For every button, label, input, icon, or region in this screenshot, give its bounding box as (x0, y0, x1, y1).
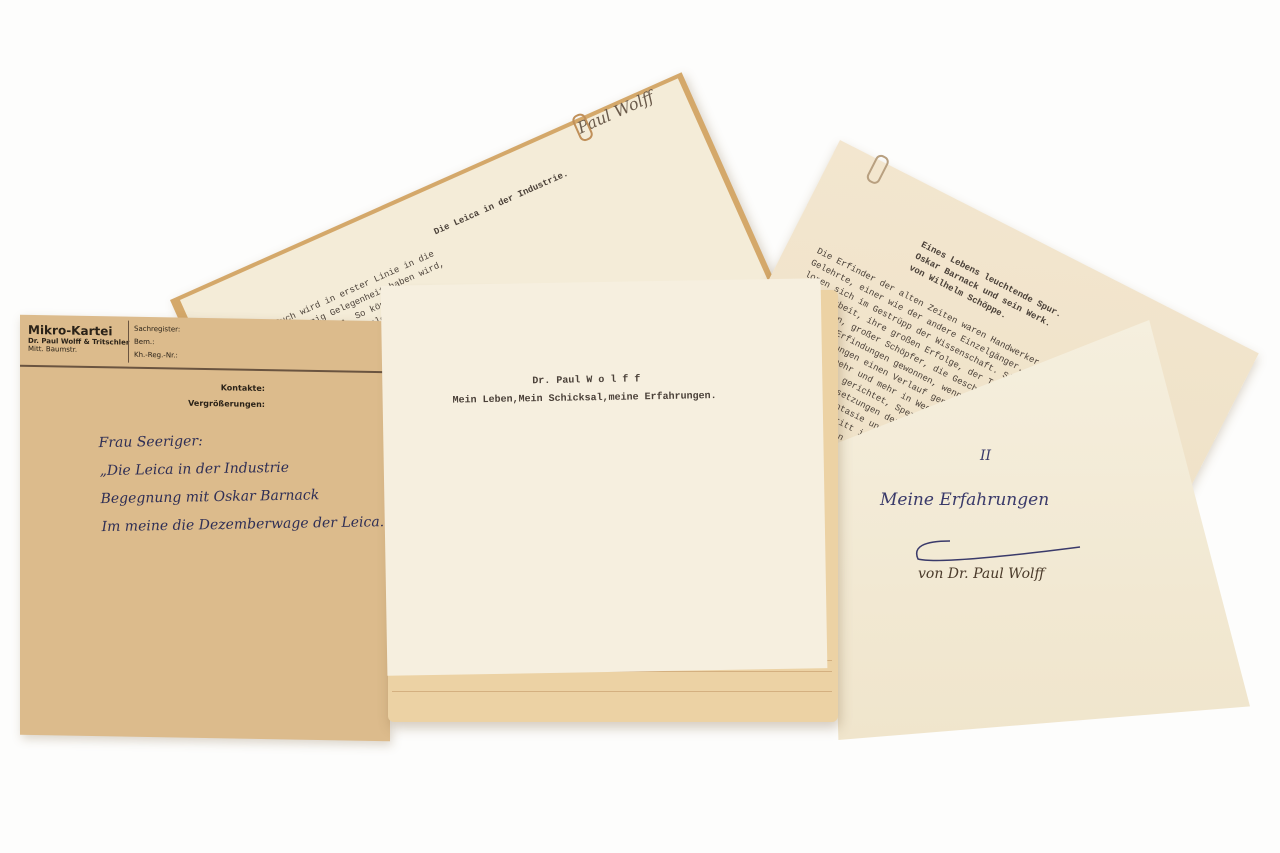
handwritten-line: Im meine die Dezemberwage der Leica. (101, 508, 385, 541)
author-name: Dr. Paul W o l f f (532, 373, 640, 388)
paper-clip-icon (865, 153, 891, 186)
contacts-label: Kontakte: (185, 380, 265, 397)
folder-field-label: Sachregister: (134, 323, 180, 337)
roman-numeral-mark: II (980, 448, 991, 464)
folder-field-label: Kh.-Reg.-Nr.: (134, 349, 180, 363)
folder-field-label: Bem.: (134, 336, 180, 350)
folder-handwritten-title: Meine Erfahrungen (880, 490, 1049, 510)
mikro-kartei-folder: Mikro-Kartei Dr. Paul Wolff & Tritschler… (20, 315, 390, 741)
folder-header: Mikro-Kartei Dr. Paul Wolff & Tritschler… (20, 315, 390, 373)
enlargements-label: Vergrößerungen: (185, 396, 265, 413)
folder-byline: von Dr. Paul Wolff (918, 566, 1044, 582)
manuscript-title: Mein Leben,Mein Schicksal,meine Erfahrun… (453, 390, 717, 408)
center-stack-top-page: Dr. Paul W o l f f Mein Leben,Mein Schic… (381, 278, 828, 676)
